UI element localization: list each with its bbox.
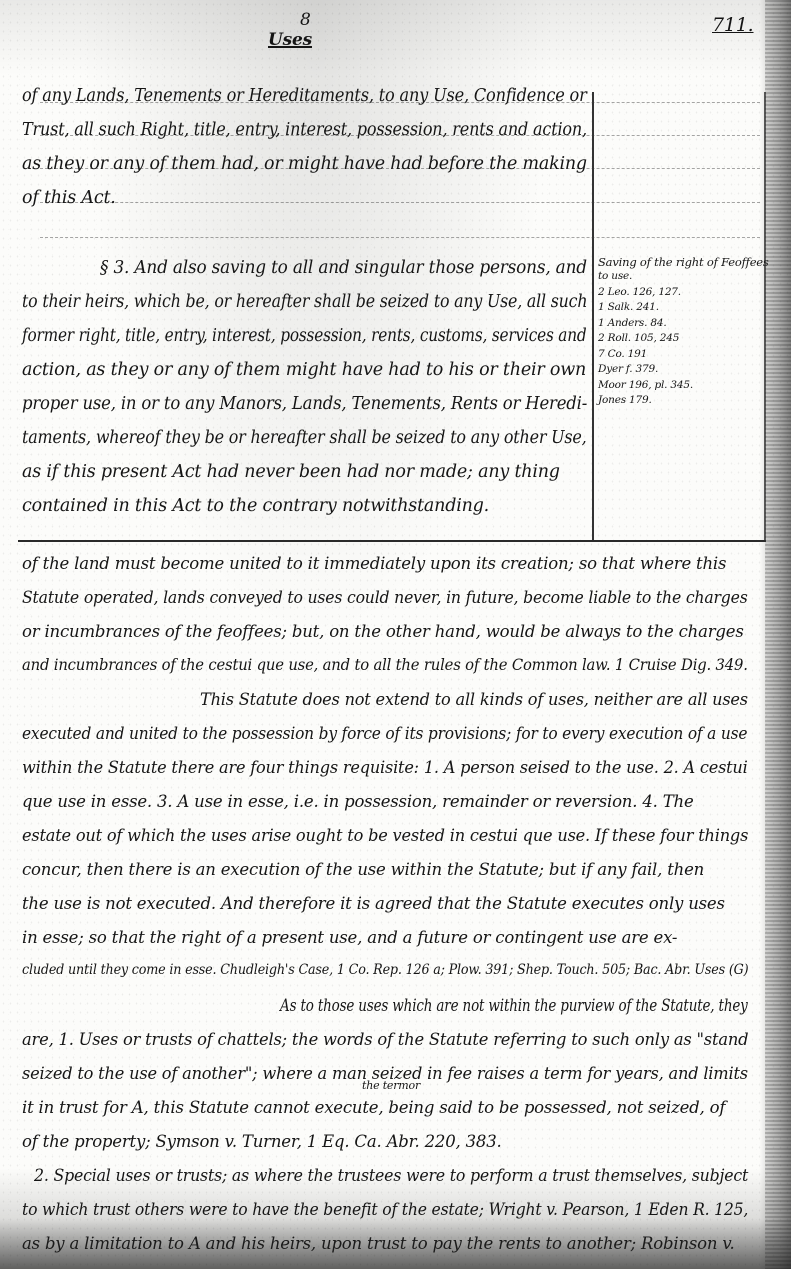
commentary-line: are, 1. Uses or trusts of chattels; the … [22, 1032, 748, 1049]
commentary-line: and incumbrances of the cestui que use, … [22, 658, 748, 674]
commentary-line: it in trust for A, this Statute cannot e… [22, 1100, 725, 1117]
commentary-line: as by a limitation to A and his heirs, u… [22, 1236, 735, 1253]
page-number: 711. [712, 14, 754, 36]
section-divider [18, 540, 766, 542]
statute-line: Trust, all such Right, title, entry, int… [22, 122, 587, 140]
commentary-line: executed and united to the possession by… [22, 726, 747, 743]
statute-line: to their heirs, which be, or hereafter s… [22, 294, 587, 312]
margin-note: Saving of the right of Feoffees to use. … [598, 255, 763, 409]
margin-citation: Moor 196, pl. 345. [598, 378, 763, 394]
commentary-line: concur, then there is an execution of th… [22, 862, 704, 879]
margin-note-title: Saving of the right of Feoffees [598, 255, 763, 269]
ruled-line [40, 202, 760, 203]
interlinear-insertion: the termor [362, 1079, 420, 1092]
ruled-line [40, 237, 760, 238]
right-rule [764, 92, 766, 540]
commentary-line: estate out of which the uses arise ought… [22, 828, 748, 845]
margin-citation: 1 Anders. 84. [598, 316, 763, 332]
statute-line: action, as they or any of them might hav… [22, 362, 586, 380]
commentary-paragraph-start: As to those uses which are not within th… [280, 998, 748, 1015]
statute-line: taments, whereof they be or hereafter sh… [22, 430, 587, 448]
commentary-line: or incumbrances of the feoffees; but, on… [22, 624, 744, 641]
margin-citation: 1 Salk. 241. [598, 300, 763, 316]
commentary-line: to which trust others were to have the b… [22, 1202, 748, 1219]
manuscript-page: 8 Uses 711. of any Lands, Tenements or H… [0, 0, 791, 1269]
page-title: Uses [268, 30, 312, 50]
commentary-line: 2. Special uses or trusts; as where the … [34, 1168, 748, 1185]
commentary-citation-line: cluded until they come in esse. Chudleig… [22, 964, 748, 978]
statute-line: former right, title, entry, interest, po… [22, 328, 587, 346]
commentary-line: que use in esse. 3. A use in esse, i.e. … [22, 794, 694, 811]
commentary-line: Statute operated, lands conveyed to uses… [22, 590, 748, 607]
margin-citation: 2 Roll. 105, 245 [598, 331, 763, 347]
margin-citation: Dyer f. 379. [598, 362, 763, 378]
margin-rule [592, 92, 594, 540]
top-mark: 8 [300, 10, 311, 30]
statute-section-heading: § 3. And also saving to all and singular… [100, 260, 587, 278]
commentary-line: of the land must become united to it imm… [22, 556, 726, 573]
statute-line: contained in this Act to the contrary no… [22, 498, 489, 516]
commentary-line: the use is not executed. And therefore i… [22, 896, 725, 913]
statute-line: as if this present Act had never been ha… [22, 464, 560, 482]
margin-citation: 7 Co. 191 [598, 347, 763, 363]
statute-line: proper use, in or to any Manors, Lands, … [22, 396, 587, 414]
commentary-line: in esse; so that the right of a present … [22, 930, 677, 947]
commentary-line: of the property; Symson v. Turner, 1 Eq.… [22, 1134, 502, 1151]
statute-line: of any Lands, Tenements or Hereditaments… [22, 88, 587, 106]
commentary-paragraph-start: This Statute does not extend to all kind… [200, 692, 748, 709]
margin-citation: Jones 179. [598, 393, 763, 409]
margin-citation: 2 Leo. 126, 127. [598, 285, 763, 301]
statute-line: as they or any of them had, or might hav… [22, 156, 587, 174]
commentary-line: within the Statute there are four things… [22, 760, 748, 777]
margin-citation: to use. [598, 269, 763, 285]
statute-line: of this Act. [22, 190, 116, 208]
